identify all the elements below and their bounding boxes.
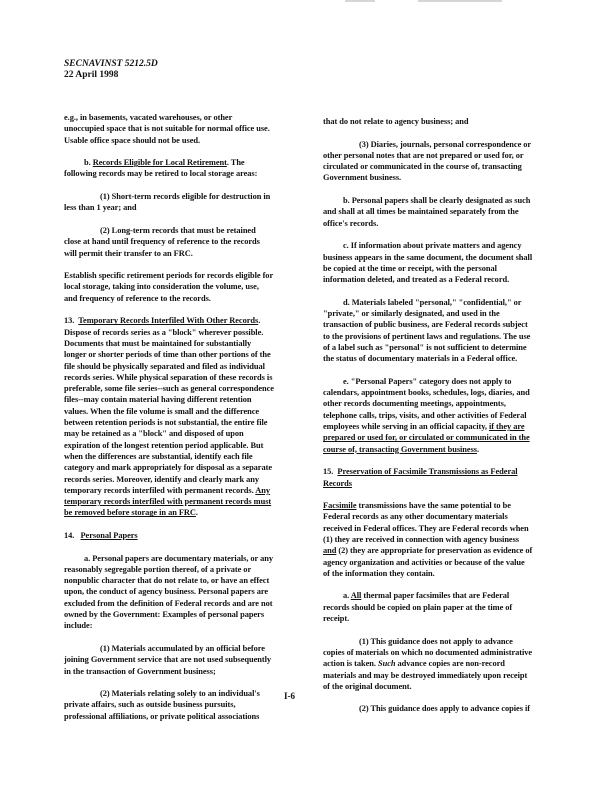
paragraph-establish: Establish specific retirement periods fo… <box>64 270 274 304</box>
instruction-number: SECNAVINST 5212.5D <box>64 59 158 70</box>
paragraph-15a: a. All thermal paper facsimiles that are… <box>323 590 533 624</box>
section-15-heading: 15. Preservation of Facsimile Transmissi… <box>323 466 533 489</box>
paragraph-14b: b. Personal papers shall be clearly desi… <box>323 195 533 229</box>
paragraph-continuation: e.g., in basements, vacated warehouses, … <box>64 112 274 146</box>
left-column: e.g., in basements, vacated warehouses, … <box>64 112 274 733</box>
scan-artifact-line <box>418 0 502 2</box>
heading-temporary-records: Temporary Records Interfiled With Other … <box>78 316 258 325</box>
paragraph-14a1: (1) Materials accumulated by an official… <box>64 643 274 677</box>
paragraph-14c: c. If information about private matters … <box>323 240 533 285</box>
paragraph-14d: d. Materials labeled "personal," "confid… <box>323 297 533 365</box>
paragraph-15a1: (1) This guidance does not apply to adva… <box>323 636 533 692</box>
right-column: that do not relate to agency business; a… <box>323 116 533 726</box>
document-date: 22 April 1998 <box>64 70 158 81</box>
scan-artifact-line <box>345 0 375 2</box>
page-number: I-6 <box>284 691 295 701</box>
paragraph-14a3: (3) Diaries, journals, personal correspo… <box>323 139 533 184</box>
paragraph-15a2: (2) This guidance does apply to advance … <box>323 703 533 714</box>
paragraph-12b2: (2) Long-term records that must be retai… <box>64 225 274 259</box>
paragraph-12b1: (1) Short-term records eligible for dest… <box>64 191 274 214</box>
section-13: 13. Temporary Records Interfiled With Ot… <box>64 315 274 518</box>
paragraph-12b: b. Records Eligible for Local Retirement… <box>64 157 274 180</box>
heading-personal-papers: Personal Papers <box>80 531 137 540</box>
paragraph-14a2: (2) Materials relating solely to an indi… <box>64 688 274 722</box>
document-header: SECNAVINST 5212.5D 22 April 1998 <box>64 59 158 81</box>
paragraph-15: Facsimile transmissions have the same po… <box>323 500 533 579</box>
heading-records-eligible: Records Eligible for Local Retirement <box>93 158 227 167</box>
heading-facsimile: Preservation of Facsimile Transmissions … <box>323 467 518 487</box>
paragraph-14e: e. "Personal Papers" category does not a… <box>323 376 533 455</box>
section-14-heading: 14. Personal Papers <box>64 530 274 541</box>
paragraph-continuation: that do not relate to agency business; a… <box>323 116 533 127</box>
paragraph-14a: a. Personal papers are documentary mater… <box>64 553 274 632</box>
